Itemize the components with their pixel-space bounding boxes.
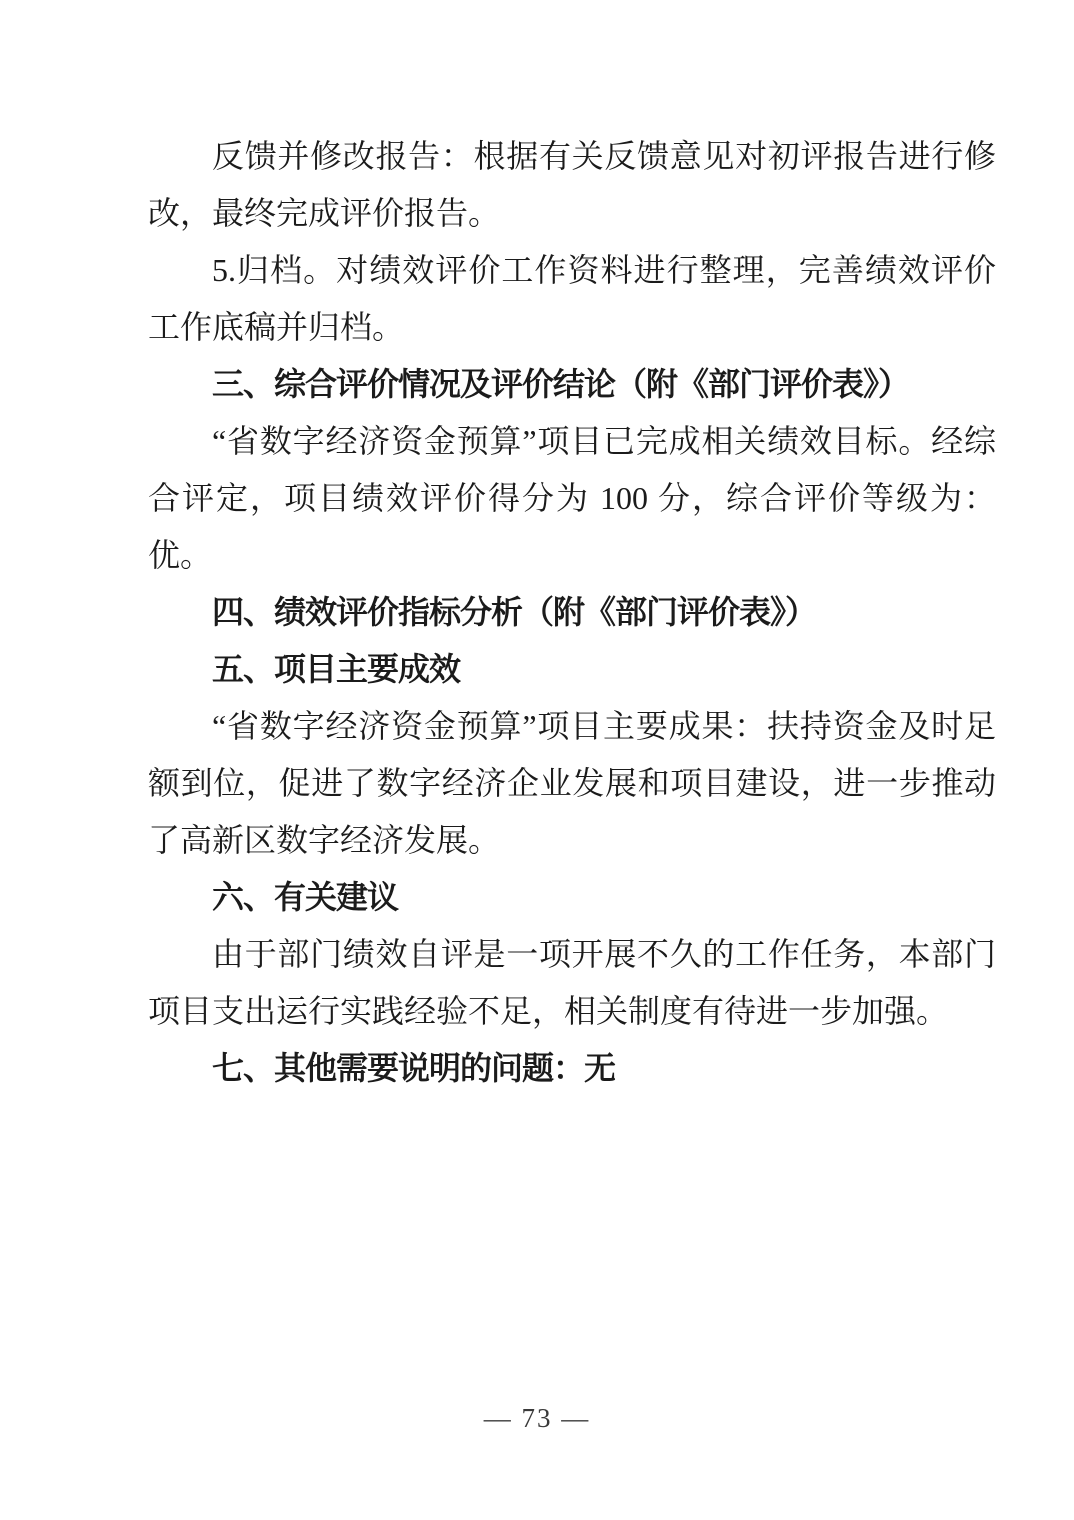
body-paragraph: “省数字经济资金预算”项目主要成果：扶持资金及时足额到位，促进了数字经济企业发展… bbox=[148, 698, 996, 869]
page-footer: — 73 — bbox=[0, 1398, 1074, 1438]
body-paragraph: “省数字经济资金预算”项目已完成相关绩效目标。经综合评定，项目绩效评价得分为 1… bbox=[148, 413, 996, 584]
section-heading: 四、绩效评价指标分析（附《部门评价表》） bbox=[148, 584, 996, 641]
document-page: 反馈并修改报告：根据有关反馈意见对初评报告进行修改，最终完成评价报告。5.归档。… bbox=[0, 0, 1074, 1520]
document-body: 反馈并修改报告：根据有关反馈意见对初评报告进行修改，最终完成评价报告。5.归档。… bbox=[148, 128, 996, 1097]
body-paragraph: 5.归档。对绩效评价工作资料进行整理，完善绩效评价工作底稿并归档。 bbox=[148, 242, 996, 356]
page-number: — 73 — bbox=[484, 1403, 591, 1433]
body-paragraph: 反馈并修改报告：根据有关反馈意见对初评报告进行修改，最终完成评价报告。 bbox=[148, 128, 996, 242]
body-paragraph: 由于部门绩效自评是一项开展不久的工作任务，本部门项目支出运行实践经验不足，相关制… bbox=[148, 926, 996, 1040]
section-heading: 六、有关建议 bbox=[148, 869, 996, 926]
section-heading: 七、其他需要说明的问题：无 bbox=[148, 1040, 996, 1097]
section-heading: 三、综合评价情况及评价结论（附《部门评价表》） bbox=[148, 356, 996, 413]
section-heading: 五、项目主要成效 bbox=[148, 641, 996, 698]
